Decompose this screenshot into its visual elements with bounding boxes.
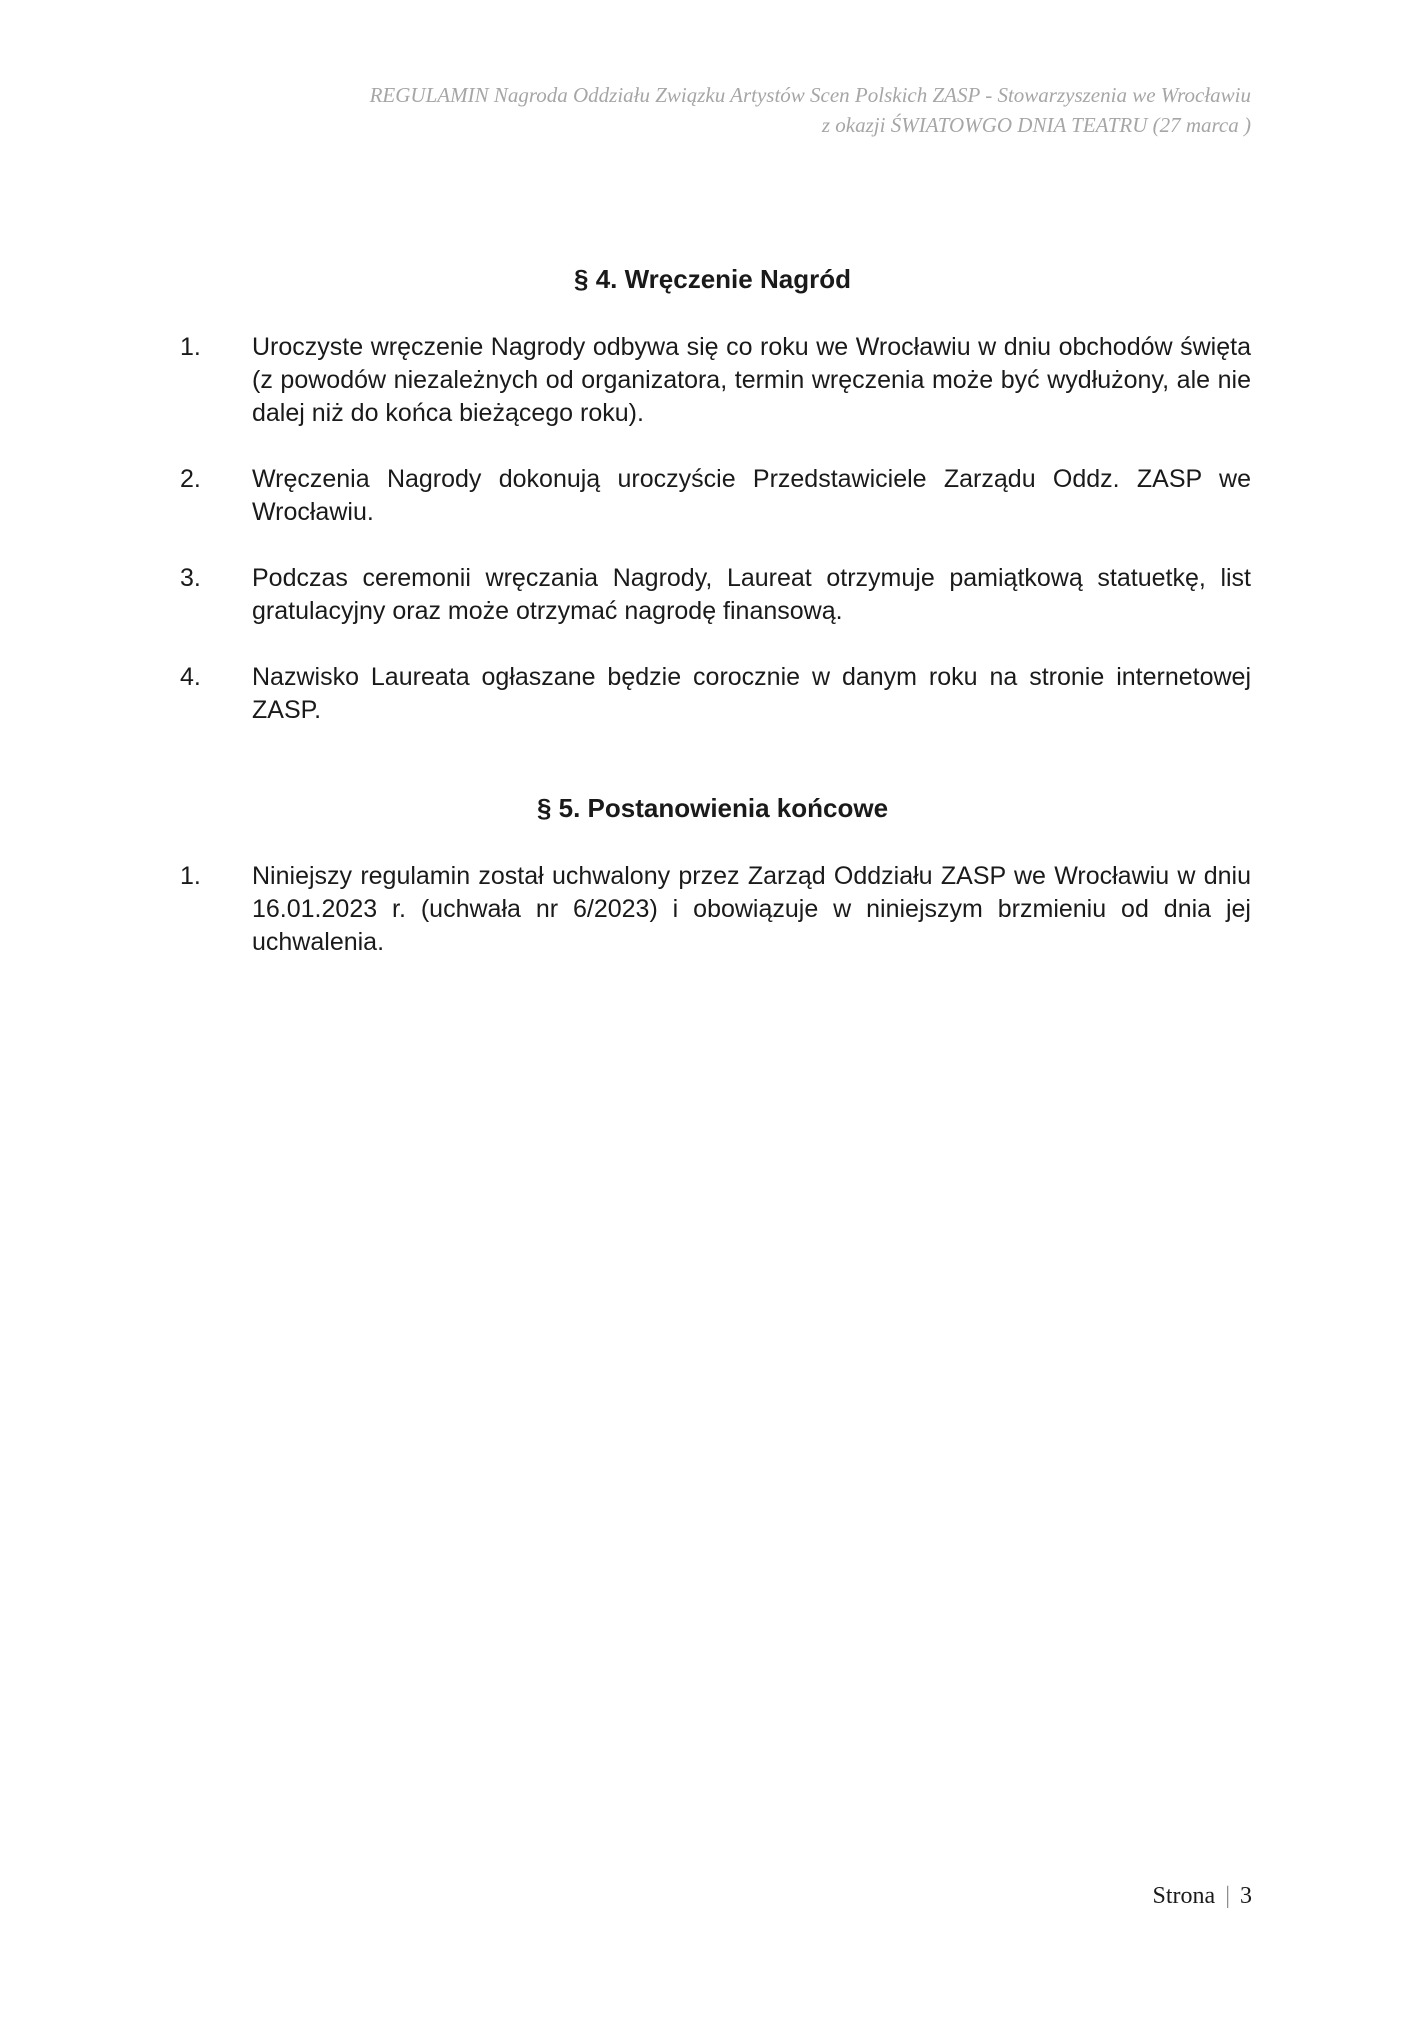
section-4-list: 1. Uroczyste wręczenie Nagrody odbywa si… xyxy=(180,331,1251,760)
header-line-1: REGULAMIN Nagroda Oddziału Związku Artys… xyxy=(151,80,1251,110)
page-header: REGULAMIN Nagroda Oddziału Związku Artys… xyxy=(151,80,1251,140)
item-number: 4. xyxy=(180,661,252,727)
footer-label: Strona xyxy=(1153,1883,1216,1909)
item-number: 2. xyxy=(180,463,252,529)
list-item: 3. Podczas ceremonii wręczania Nagrody, … xyxy=(180,562,1251,628)
section-5-list: 1. Niniejszy regulamin został uchwalony … xyxy=(180,860,1251,992)
item-text: Niniejszy regulamin został uchwalony prz… xyxy=(252,860,1251,959)
item-number: 1. xyxy=(180,860,252,959)
list-item: 2. Wręczenia Nagrody dokonują uroczyście… xyxy=(180,463,1251,529)
item-text: Podczas ceremonii wręczania Nagrody, Lau… xyxy=(252,562,1251,628)
list-item: 4. Nazwisko Laureata ogłaszane będzie co… xyxy=(180,661,1251,727)
section-5-title: § 5. Postanowienia końcowe xyxy=(0,793,1425,824)
item-number: 1. xyxy=(180,331,252,430)
list-item: 1. Niniejszy regulamin został uchwalony … xyxy=(180,860,1251,959)
page-footer: Strona | 3 xyxy=(1153,1883,1252,1910)
item-text: Nazwisko Laureata ogłaszane będzie coroc… xyxy=(252,661,1251,727)
item-text: Wręczenia Nagrody dokonują uroczyście Pr… xyxy=(252,463,1251,529)
item-number: 3. xyxy=(180,562,252,628)
document-page: REGULAMIN Nagroda Oddziału Związku Artys… xyxy=(0,0,1425,2021)
section-4-title: § 4. Wręczenie Nagród xyxy=(0,264,1425,295)
header-line-2: z okazji ŚWIATOWGO DNIA TEATRU (27 marca… xyxy=(151,110,1251,140)
item-text: Uroczyste wręczenie Nagrody odbywa się c… xyxy=(252,331,1251,430)
page-number: 3 xyxy=(1240,1883,1252,1909)
footer-separator: | xyxy=(1225,1883,1230,1909)
list-item: 1. Uroczyste wręczenie Nagrody odbywa si… xyxy=(180,331,1251,430)
